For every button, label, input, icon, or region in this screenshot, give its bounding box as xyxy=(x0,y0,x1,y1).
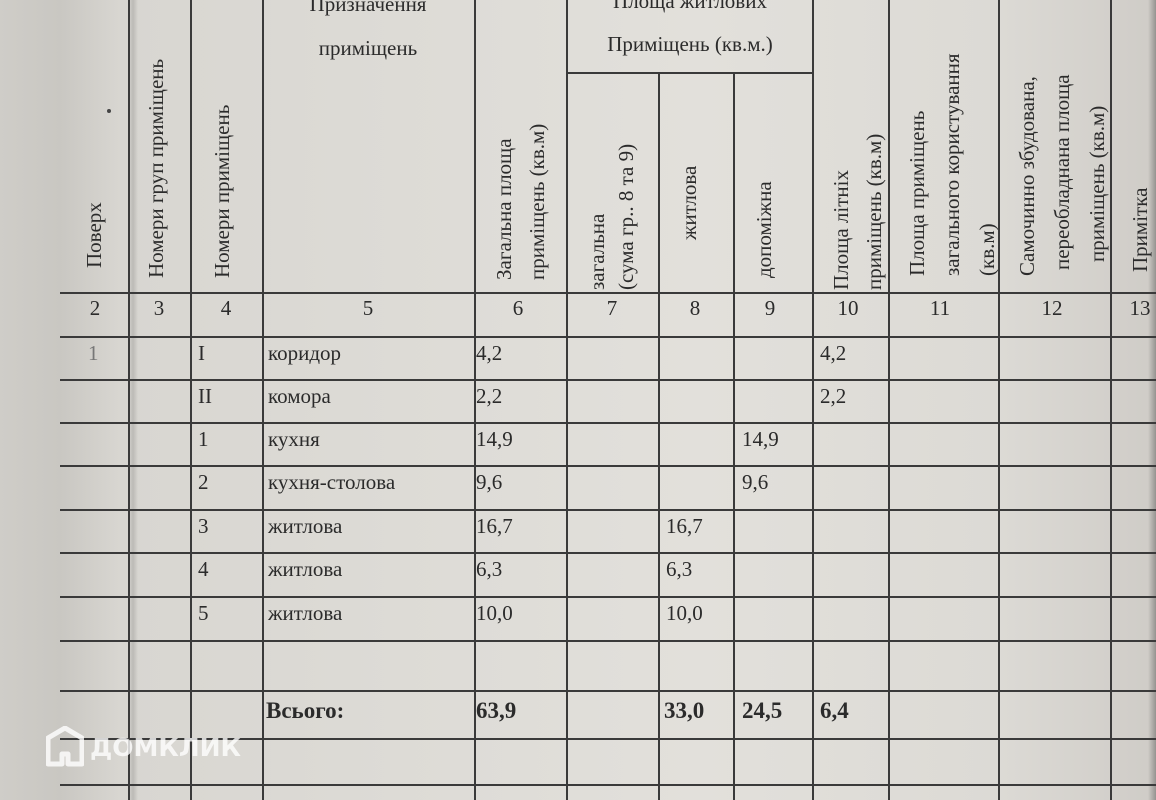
header-living-total-line1: загальна xyxy=(585,214,610,290)
header-living-area-group-line2: Приміщень (кв.м.) xyxy=(568,28,812,62)
cell-floor: 1 xyxy=(88,341,99,366)
cell-room: 1 xyxy=(198,427,209,452)
column-divider xyxy=(1110,0,1112,800)
header-common-area-line2: загального користування xyxy=(940,53,965,276)
cell-total: 10,0 xyxy=(476,601,513,626)
column-divider xyxy=(190,0,192,800)
header-common-area-line1: Площа приміщень xyxy=(905,111,930,276)
header-auxiliary: допоміжна xyxy=(752,181,777,278)
column-divider xyxy=(262,0,264,800)
watermark-text: ДОМКЛИК xyxy=(90,733,241,762)
column-divider xyxy=(998,0,1000,800)
row-divider xyxy=(60,690,1156,692)
cell-purpose: житлова xyxy=(268,557,342,582)
column-divider xyxy=(566,0,568,800)
header-unauthorized-area-line2: переобладнана площа xyxy=(1050,74,1075,270)
cell-room: 4 xyxy=(198,557,209,582)
row-divider xyxy=(60,379,1156,381)
column-divider xyxy=(812,0,814,800)
cell-purpose: комора xyxy=(268,384,331,409)
cell-living: 6,3 xyxy=(666,557,692,582)
row-divider xyxy=(60,552,1156,554)
cell-summer: 4,2 xyxy=(820,341,846,366)
total-auxiliary: 24,5 xyxy=(742,698,782,724)
column-number: 7 xyxy=(592,296,632,321)
page-edge-shadow xyxy=(1148,0,1156,800)
column-divider xyxy=(128,0,130,800)
cell-room: II xyxy=(198,384,212,409)
column-number: 5 xyxy=(348,296,388,321)
cell-total: 16,7 xyxy=(476,514,513,539)
cell-room: 3 xyxy=(198,514,209,539)
cell-summer: 2,2 xyxy=(820,384,846,409)
cell-purpose: кухня-столова xyxy=(268,470,395,495)
column-number: 3 xyxy=(139,296,179,321)
cell-purpose: кухня xyxy=(268,427,320,452)
header-unauthorized-area-line3: приміщень (кв.м) xyxy=(1085,106,1110,262)
row-divider xyxy=(60,465,1156,467)
row-divider xyxy=(60,292,1156,294)
cell-total: 9,6 xyxy=(476,470,502,495)
total-label: Всього: xyxy=(266,698,344,724)
header-room-numbers: Номери приміщень xyxy=(210,105,235,278)
cell-total: 4,2 xyxy=(476,341,502,366)
total-living: 33,0 xyxy=(664,698,704,724)
column-number: 11 xyxy=(920,296,960,321)
header-summer-area-line2: приміщень (кв.м) xyxy=(862,134,887,290)
total-total: 63,9 xyxy=(476,698,516,724)
header-floor: Поверх xyxy=(82,202,107,268)
cell-total: 6,3 xyxy=(476,557,502,582)
header-common-area-line3: (кв.м) xyxy=(975,223,1000,276)
cell-purpose: житлова xyxy=(268,601,342,626)
header-summer-area-line1: Площа літніх xyxy=(829,170,854,290)
cell-room: 2 xyxy=(198,470,209,495)
column-number: 2 xyxy=(75,296,115,321)
document-page xyxy=(0,0,1156,800)
header-total-area-line2: приміщень (кв.м) xyxy=(525,124,550,280)
cell-purpose: житлова xyxy=(268,514,342,539)
header-total-area-line1: Загальна площа xyxy=(492,138,517,280)
header-note: Примітка xyxy=(1128,188,1153,272)
cell-living: 16,7 xyxy=(666,514,703,539)
group-header-divider xyxy=(566,72,812,74)
column-number: 10 xyxy=(828,296,868,321)
row-divider xyxy=(60,784,1156,786)
column-number: 8 xyxy=(675,296,715,321)
cell-room: 5 xyxy=(198,601,209,626)
header-unauthorized-area-line1: Самочинно збудована, xyxy=(1015,76,1040,276)
header-living-total-line2: (сума гр.. 8 та 9) xyxy=(614,144,639,290)
house-logo-icon xyxy=(46,726,84,768)
column-number: 9 xyxy=(750,296,790,321)
header-room-group-numbers: Номери груп приміщень xyxy=(144,59,169,278)
header-purpose-line1: Призначення xyxy=(262,0,474,22)
row-divider xyxy=(60,640,1156,642)
row-divider xyxy=(60,509,1156,511)
column-divider xyxy=(888,0,890,800)
column-number: 6 xyxy=(498,296,538,321)
header-living: житлова xyxy=(677,166,702,240)
header-living-area-group-line1: Площа житлових xyxy=(568,0,812,19)
column-number: 12 xyxy=(1032,296,1072,321)
cell-living: 10,0 xyxy=(666,601,703,626)
ink-speck xyxy=(107,109,111,113)
cell-total: 14,9 xyxy=(476,427,513,452)
cell-auxiliary: 9,6 xyxy=(742,470,768,495)
column-number: 4 xyxy=(206,296,246,321)
column-number: 13 xyxy=(1120,296,1156,321)
header-purpose-line2: приміщень xyxy=(262,32,474,66)
cell-room: I xyxy=(198,341,205,366)
watermark: ДОМКЛИК xyxy=(46,726,241,768)
cell-total: 2,2 xyxy=(476,384,502,409)
row-divider xyxy=(60,596,1156,598)
cell-auxiliary: 14,9 xyxy=(742,427,779,452)
row-divider xyxy=(60,422,1156,424)
row-divider xyxy=(60,336,1156,338)
total-summer: 6,4 xyxy=(820,698,849,724)
cell-purpose: коридор xyxy=(268,341,341,366)
